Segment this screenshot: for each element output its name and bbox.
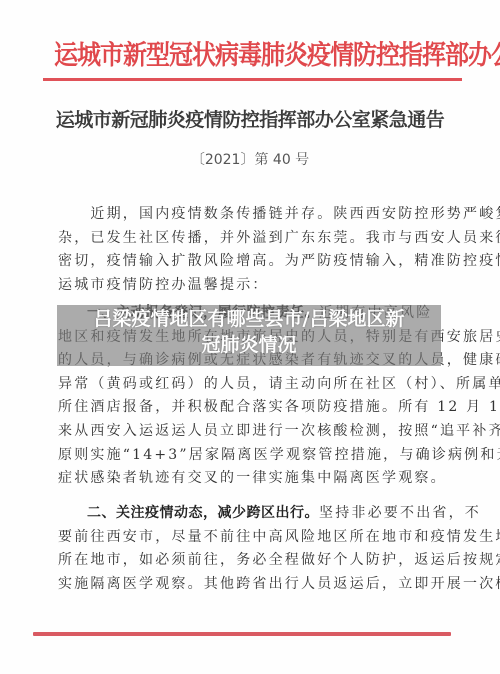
document-page: 运城市新型冠状病毒肺炎疫情防控指挥部办公室 运城市新冠肺炎疫情防控指挥部办公室紧…: [0, 0, 500, 674]
article-title-overlay: 吕梁疫情地区有哪些县市/吕梁地区新 冠肺炎情况: [57, 306, 441, 358]
intro-paragraph: 近期，国内疫情数条传播链并存。陕西西安防控形势严峻复 杂，已发生社区传播，并外溢…: [58, 203, 446, 297]
text-line: 密切，疫情输入扩散风险增高。为严防疫情输入，精准防控疫情，: [58, 250, 446, 274]
issuing-org-header: 运城市新型冠状病毒肺炎疫情防控指挥部办公室: [54, 34, 446, 77]
text-line: 症状感染者轨迹有交叉的一律实施集中隔离医学观察。: [58, 467, 446, 491]
red-footer-rule: [33, 632, 451, 636]
section-2-heading-line: 二、关注疫情动态，减少跨区出行。坚持非必要不出省，不: [58, 502, 446, 526]
text-line: 杂，已发生社区传播，并外溢到广东东莞。我市与西安人员来往: [58, 227, 446, 251]
text-run: 坚持非必要不出省，不: [319, 505, 481, 521]
overlay-title-line-1: 吕梁疫情地区有哪些县市/吕梁地区新: [57, 306, 441, 332]
text-line: 实施隔离医学观察。其他跨省出行人员返运后，立即开展一次核: [58, 573, 446, 597]
text-line: 所在地市，如必须前往，务必全程做好个人防护，返运后按规定: [58, 549, 446, 573]
text-line: 运城市疫情防控办温馨提示：: [58, 274, 446, 298]
red-header-rule: [43, 78, 462, 81]
text-line: 异常（黄码或红码）的人员，请主动向所在社区（村）、所属单位、: [58, 373, 446, 397]
section-2-heading: 二、关注疫情动态，减少跨区出行。: [58, 505, 319, 521]
text-line: 近期，国内疫情数条传播链并存。陕西西安防控形势严峻复: [58, 203, 446, 227]
document-number: 〔2021〕第 40 号: [0, 150, 500, 170]
notice-title: 运城市新冠肺炎疫情防控指挥部办公室紧急通告: [40, 107, 460, 133]
text-line: 所住酒店报备，并积极配合落实各项防疫措施。所有 12 月 1 日以: [58, 396, 446, 420]
section-2: 二、关注疫情动态，减少跨区出行。坚持非必要不出省，不 要前往西安市，尽量不前往中…: [58, 502, 446, 596]
overlay-title-line-2: 冠肺炎情况: [57, 332, 441, 358]
text-line: 来从西安入运返运人员立即进行一次核酸检测，按照“追平补齐”: [58, 420, 446, 444]
text-line: 原则实施“14+3”居家隔离医学观察管控措施，与确诊病例和无: [58, 444, 446, 468]
text-line: 要前往西安市，尽量不前往中高风险地区所在地市和疫情发生地: [58, 526, 446, 550]
